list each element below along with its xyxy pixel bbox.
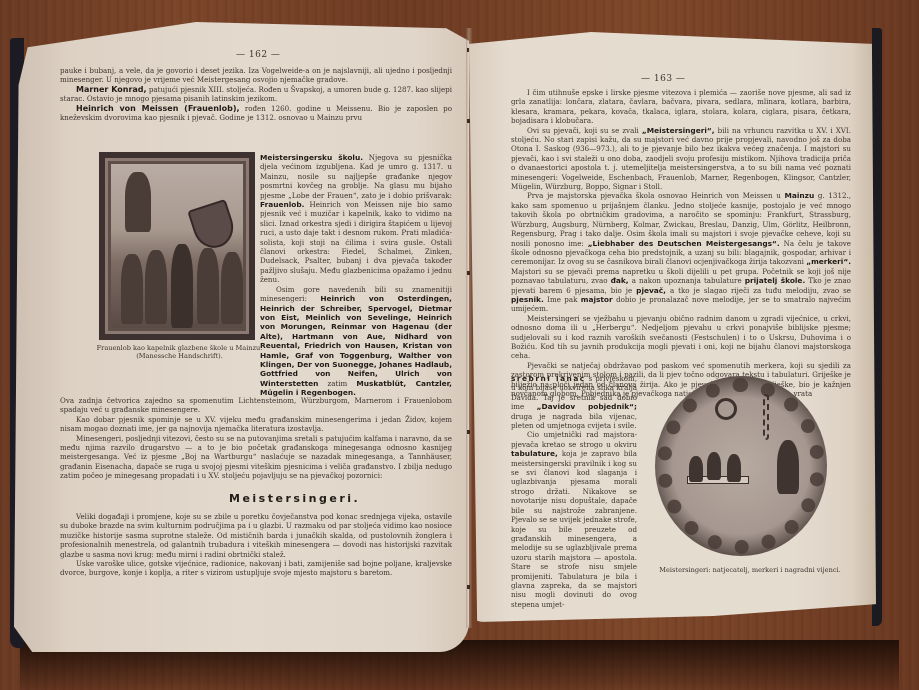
name-marner-konrad: Marner Konrad, — [76, 85, 147, 94]
paragraph-minnesingers-list: Osim gore navedenih bili su znamenitiji … — [260, 285, 452, 398]
term-dak: đak, — [611, 276, 629, 285]
illustration-frauenlob-manesse — [99, 152, 255, 340]
left-page-intro-text: pauke i bubanj, a vele, da je govorio i … — [60, 66, 452, 122]
right-page-upper-text: I čim utihnuše epske i lirske pjesme vit… — [511, 88, 851, 398]
binding-stitch — [467, 430, 470, 434]
section-heading-meistersingeri: Meistersingeri. — [229, 492, 360, 505]
term-majstor: majstor — [581, 295, 613, 304]
term-pjesnik: pjesnik. — [511, 295, 544, 304]
fiddler-figure — [171, 244, 193, 328]
term-merkeri: „merkeri“. — [806, 257, 851, 266]
paragraph-craftsmen-songs: I čim utihnuše epske i lirske pjesme vit… — [511, 88, 851, 126]
silver-chain-icon — [763, 394, 769, 440]
paragraph-first-school: Prva je majstorska pjevačka škola osnova… — [511, 191, 851, 313]
left-page-lower-text: Ova zadnja četvorica zajedno sa spomenut… — [60, 396, 452, 481]
term-davidov-pobjednik: „Davidov pobjednik“; — [537, 402, 637, 411]
term-frauenlob: Frauenlob. — [260, 200, 304, 209]
term-prijatelj-skole: prijatelj škole. — [745, 276, 806, 285]
term-tabulature: tabulature, — [511, 449, 558, 458]
right-page-column-text: srebrni lanac s privjeskom, u kom bijaše… — [511, 374, 637, 609]
paragraph-tabulature: Cio umjetnički rad majstora-pjevača kret… — [511, 430, 637, 609]
binding-stitch — [467, 271, 470, 275]
paragraph-burgher-minnesingers: Ova zadnja četvorica zajedno sa spomenut… — [60, 396, 452, 415]
name-heinrich-von-meissen: Heinrich von Meissen (Frauenlob), — [76, 104, 240, 113]
paragraph-practice: Meistersingeri se vježbahu u pjevanju ob… — [511, 314, 851, 361]
illustration-caption-left: Frauenlob kao kapelnik glazbene škole u … — [92, 344, 267, 360]
binding-stitch — [467, 119, 470, 123]
seated-conductor-figure — [125, 172, 151, 232]
page-number-163: — 163 — — [641, 74, 685, 84]
paragraph-heinrich: Heinrich von Meissen (Frauenlob), rođen … — [60, 104, 452, 123]
paragraph-decline: Minesengeri, posljednji vitezovi, često … — [60, 434, 452, 481]
singer-figure — [777, 440, 799, 494]
paragraph-narrow-streets: Uske varoške ulice, gotske vijećnice, ra… — [60, 559, 452, 578]
wreath-border — [657, 378, 825, 554]
left-page: — 162 — pauke i bubanj, a vele, da je go… — [14, 22, 469, 652]
term-meistersingeri: „Meistersingeri“, — [642, 126, 715, 135]
term-liebhaber: „Liebhaber des Deutschen Meistergesangs“… — [588, 239, 780, 248]
term-meistersingersku-skolu: Meistersingersku školu. — [260, 153, 363, 162]
paragraph-meistersingeri-history: Ovi su pjevači, koji su se zvali „Meiste… — [511, 126, 851, 192]
paragraph-silver-chain: srebrni lanac s privjeskom, u kom bijaše… — [511, 374, 637, 430]
illustration-caption-right: Meistersingeri: natjecatelj, merkeri i n… — [655, 566, 845, 574]
paragraph-meistersinger-school: Meistersingersku školu. Njegova su pjesn… — [260, 153, 452, 285]
paragraph-great-events: Veliki događaji i promjene, koje su se z… — [60, 512, 452, 559]
paragraph-vogelweide: pauke i bubanj, a vele, da je govorio i … — [60, 66, 452, 85]
left-page-column-text: Meistersingersku školu. Njegova su pjesn… — [260, 153, 452, 398]
term-pjevac: pjevač, — [636, 286, 666, 295]
binding-stitch — [467, 585, 470, 589]
heraldic-shield — [187, 199, 239, 253]
meistersingeri-section-text: Veliki događaji i promjene, koje su se z… — [60, 512, 452, 578]
illustration-meistersinger-contest — [655, 376, 827, 556]
term-srebrni-lanac: srebrni lanac — [511, 374, 586, 383]
paragraph-jewish-poet: Kao dobar pjesnik spominje se u XV. vije… — [60, 415, 452, 434]
list-minnesinger-names: Heinrich von Osterdingen, Heinrich der S… — [260, 294, 452, 388]
page-number-162: — 162 — — [236, 50, 280, 60]
prize-wreath-icon — [715, 398, 737, 420]
paragraph-marner: Marner Konrad, patujući pjesnik XIII. st… — [60, 85, 452, 104]
term-mainzu: Mainzu — [785, 191, 815, 200]
right-page: — 163 — I čim utihnuše epske i lirske pj… — [469, 26, 876, 622]
